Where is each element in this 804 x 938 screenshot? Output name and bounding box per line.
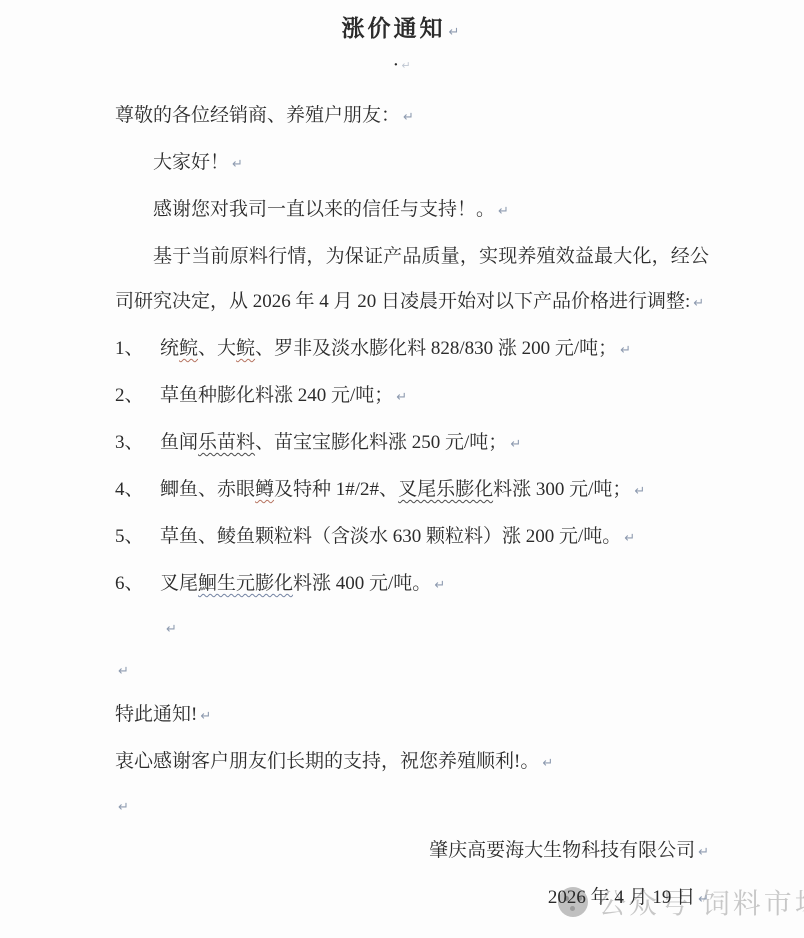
intro-paragraph: 基于当前原料行情，为保证产品质量，实现养殖效益最大化，经公司研究决定，从 202… bbox=[115, 234, 709, 326]
return-mark: ↵ bbox=[698, 892, 709, 907]
salutation-line: 尊敬的各位经销商、养殖户朋友：↵ bbox=[115, 93, 709, 140]
intro-text: 基于当前原料行情，为保证产品质量，实现养殖效益最大化，经公司研究决定，从 202… bbox=[115, 246, 709, 312]
notice-text: 特此通知! bbox=[115, 704, 197, 725]
spellcheck-underline-segment: 叉尾乐膨化 bbox=[398, 479, 493, 500]
item-text: 叉尾鮰生元膨化料涨 400 元/吨。 bbox=[160, 561, 431, 606]
text-segment: 鱼闻 bbox=[160, 432, 198, 453]
date-text: 2026 年 4 月 19 日 bbox=[548, 887, 695, 908]
document-body: 尊敬的各位经销商、养殖户朋友：↵ 大家好！↵ 感谢您对我司一直以来的信任与支持！… bbox=[115, 93, 709, 922]
text-segment: 统 bbox=[160, 338, 179, 359]
return-mark: ↵ bbox=[510, 422, 521, 467]
return-mark: ↵ bbox=[396, 375, 407, 420]
price-list-item: 1、统鲩、大鲩、罗非及淡水膨化料 828/830 涨 200 元/吨；↵ bbox=[115, 326, 709, 373]
item-number: 5、 bbox=[115, 514, 160, 559]
return-mark: ↵ bbox=[200, 709, 211, 724]
spellcheck-underline-segment: 鲩 bbox=[179, 338, 198, 359]
item-number: 1、 bbox=[115, 326, 160, 371]
empty-line: ↵ bbox=[115, 786, 709, 828]
return-mark: ↵ bbox=[698, 845, 709, 860]
item-text: 统鲩、大鲩、罗非及淡水膨化料 828/830 涨 200 元/吨； bbox=[160, 326, 617, 371]
return-mark: ↵ bbox=[232, 157, 243, 172]
signature-block: 肇庆高要海大生物科技有限公司↵ 2026 年 4 月 19 日↵ bbox=[115, 828, 709, 922]
greeting-text: 大家好！ bbox=[153, 152, 229, 173]
return-mark: ↵ bbox=[498, 204, 509, 219]
empty-line: ↵ bbox=[115, 650, 709, 692]
title-text: 涨价通知 bbox=[342, 16, 446, 41]
price-list-item: 2、草鱼种膨化料涨 240 元/吨；↵ bbox=[115, 373, 709, 420]
empty-line: ↵ bbox=[115, 608, 709, 650]
price-list: 1、统鲩、大鲩、罗非及淡水膨化料 828/830 涨 200 元/吨；↵2、草鱼… bbox=[115, 326, 709, 608]
return-mark: ↵ bbox=[118, 664, 129, 679]
price-list-item: 6、叉尾鮰生元膨化料涨 400 元/吨。↵ bbox=[115, 561, 709, 608]
spellcheck-underline-segment: 鳟 bbox=[255, 479, 274, 500]
notice-line: 特此通知!↵ bbox=[115, 692, 709, 739]
date-line: 2026 年 4 月 19 日↵ bbox=[115, 875, 709, 922]
item-text: 鱼闻乐苗料、苗宝宝膨化料涨 250 元/吨； bbox=[160, 420, 507, 465]
separator-dot-line: ·↵ bbox=[0, 52, 804, 79]
item-number: 2、 bbox=[115, 373, 160, 418]
return-mark: ↵ bbox=[542, 756, 553, 771]
text-segment: 草鱼种膨化料涨 240 元/吨； bbox=[160, 385, 393, 406]
return-mark: ↵ bbox=[403, 110, 414, 125]
text-segment: 、苗宝宝膨化料涨 250 元/吨； bbox=[255, 432, 507, 453]
bullet-dot: · bbox=[393, 57, 398, 73]
notice-document: 涨价通知↵ ·↵ 尊敬的各位经销商、养殖户朋友：↵ 大家好！↵ 感谢您对我司一直… bbox=[0, 0, 804, 938]
return-mark: ↵ bbox=[449, 25, 463, 40]
text-segment: 及特种 1#/2#、 bbox=[274, 479, 398, 500]
item-text: 草鱼种膨化料涨 240 元/吨； bbox=[160, 373, 393, 418]
text-segment: 叉尾 bbox=[160, 573, 198, 594]
text-segment: 、大 bbox=[198, 338, 236, 359]
item-number: 4、 bbox=[115, 467, 160, 512]
item-number: 6、 bbox=[115, 561, 160, 606]
return-mark: ↵ bbox=[434, 563, 445, 608]
return-mark: ↵ bbox=[401, 59, 410, 72]
spellcheck-underline-segment: 乐苗料 bbox=[198, 432, 255, 453]
spellcheck-underline-segment: 鮰生元膨化 bbox=[198, 573, 293, 594]
page-title: 涨价通知↵ bbox=[0, 0, 804, 48]
salutation-text: 尊敬的各位经销商、养殖户朋友： bbox=[115, 105, 400, 126]
item-number: 3、 bbox=[115, 420, 160, 465]
text-segment: 、罗非及淡水膨化料 828/830 涨 200 元/吨； bbox=[255, 338, 617, 359]
spellcheck-underline-segment: 鲩 bbox=[236, 338, 255, 359]
text-segment: 草鱼、鲮鱼颗粒料（含淡水 630 颗粒料）涨 200 元/吨。 bbox=[160, 526, 621, 547]
thanks-line: 感谢您对我司一直以来的信任与支持！。↵ bbox=[115, 187, 709, 234]
item-text: 草鱼、鲮鱼颗粒料（含淡水 630 颗粒料）涨 200 元/吨。 bbox=[160, 514, 621, 559]
company-line: 肇庆高要海大生物科技有限公司↵ bbox=[115, 828, 709, 875]
closing-text: 衷心感谢客户朋友们长期的支持，祝您养殖顺利!。 bbox=[115, 751, 539, 772]
item-text: 鲫鱼、赤眼鳟及特种 1#/2#、叉尾乐膨化料涨 300 元/吨； bbox=[160, 467, 631, 512]
return-mark: ↵ bbox=[118, 800, 129, 815]
text-segment: 鲫鱼、赤眼 bbox=[160, 479, 255, 500]
closing-line: 衷心感谢客户朋友们长期的支持，祝您养殖顺利!。↵ bbox=[115, 739, 709, 786]
return-mark: ↵ bbox=[624, 516, 635, 561]
return-mark: ↵ bbox=[620, 328, 631, 373]
text-segment: 料涨 400 元/吨。 bbox=[293, 573, 431, 594]
price-list-item: 4、鲫鱼、赤眼鳟及特种 1#/2#、叉尾乐膨化料涨 300 元/吨；↵ bbox=[115, 467, 709, 514]
thanks-text: 感谢您对我司一直以来的信任与支持！。 bbox=[153, 199, 495, 220]
return-mark: ↵ bbox=[634, 469, 645, 514]
return-mark: ↵ bbox=[166, 622, 177, 637]
text-segment: 料涨 300 元/吨； bbox=[493, 479, 631, 500]
greeting-line: 大家好！↵ bbox=[115, 140, 709, 187]
return-mark: ↵ bbox=[693, 296, 704, 311]
price-list-item: 5、草鱼、鲮鱼颗粒料（含淡水 630 颗粒料）涨 200 元/吨。↵ bbox=[115, 514, 709, 561]
price-list-item: 3、鱼闻乐苗料、苗宝宝膨化料涨 250 元/吨；↵ bbox=[115, 420, 709, 467]
company-name: 肇庆高要海大生物科技有限公司 bbox=[429, 840, 695, 861]
